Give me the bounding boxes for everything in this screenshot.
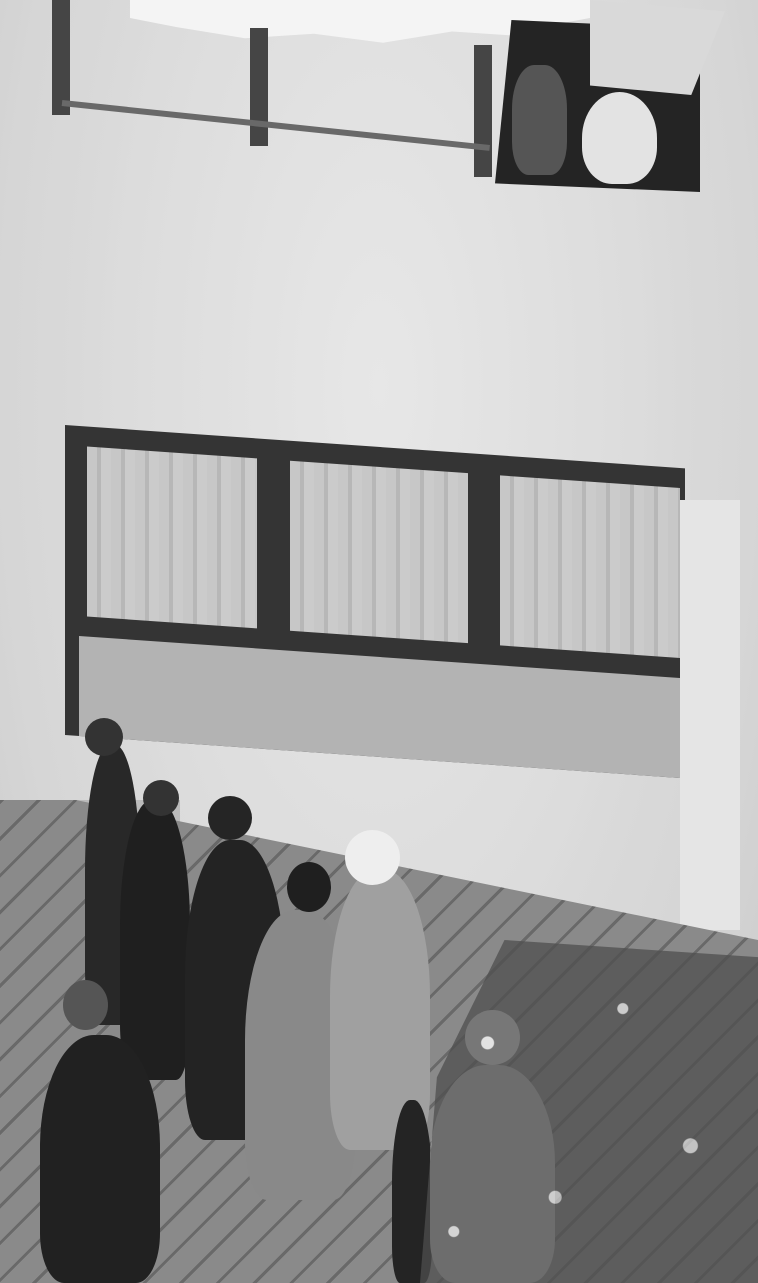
window-mullion <box>52 0 70 115</box>
window-pane-curtained <box>87 447 257 629</box>
window-pane-curtained <box>500 475 680 658</box>
person-hat-white <box>345 830 400 885</box>
window-figure <box>512 65 567 175</box>
person-head <box>63 980 108 1030</box>
window-mullion <box>474 45 492 177</box>
person-head <box>208 796 252 840</box>
window-figure <box>582 92 657 184</box>
person-head <box>287 862 331 912</box>
photograph <box>0 0 758 1283</box>
person <box>120 800 190 1080</box>
lower-window <box>65 425 685 778</box>
wall-panel <box>79 636 685 778</box>
person-head <box>85 718 123 756</box>
building-corner <box>680 500 740 930</box>
open-window-pane <box>590 0 725 95</box>
window-pane-curtained <box>290 461 468 643</box>
person <box>40 1035 160 1283</box>
person-head <box>143 780 179 816</box>
window-mullion <box>250 28 268 146</box>
window-sill <box>62 100 490 151</box>
